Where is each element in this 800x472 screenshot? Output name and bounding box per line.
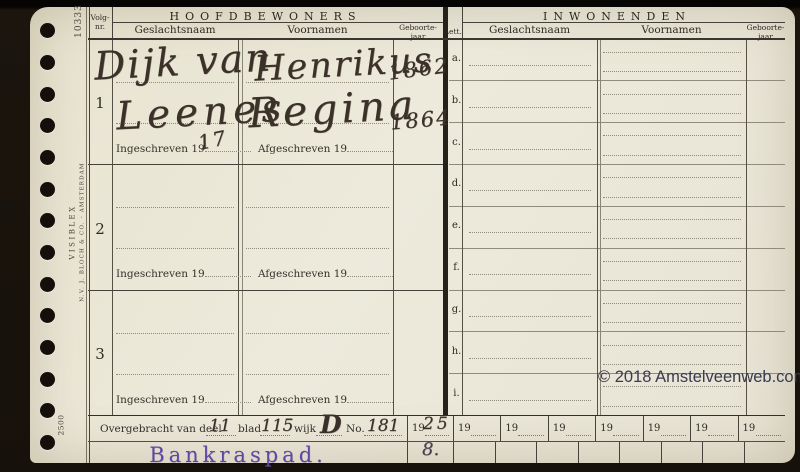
punch-hole — [40, 213, 55, 228]
ingeschreven-label: Ingeschreven 19 — [116, 267, 251, 280]
lodger-row-c: c. — [449, 123, 785, 165]
street-row-cell — [495, 442, 537, 463]
writing-line — [116, 374, 234, 375]
row-number: 2 — [88, 220, 112, 238]
dotted-blank — [708, 435, 733, 436]
dotted-blank — [347, 267, 393, 277]
year-prefix: 19 — [553, 423, 566, 434]
writing-line — [603, 261, 741, 262]
writing-line — [603, 219, 741, 220]
handwritten-year: 25 — [423, 414, 451, 434]
ingeschreven-text: Ingeschreven 19 — [116, 268, 205, 280]
punch-hole — [40, 277, 55, 292]
lodger-row-a: a. — [449, 40, 785, 82]
hoofdbewoners-table: 1 Dijk van Henrikus 1862 Leenes Regina 1… — [88, 40, 443, 415]
volgnr-line1: Volg- — [91, 13, 110, 22]
writing-line — [469, 316, 591, 317]
year-cell: 19 — [548, 416, 595, 441]
writing-line — [603, 238, 741, 239]
transfer-label-no: No. — [346, 423, 365, 435]
lodger-row-f: f. — [449, 249, 785, 291]
column-header-firstnames-left: Voornamen — [242, 24, 393, 36]
year-prefix: 19 — [648, 423, 661, 434]
dotted-blank — [518, 435, 543, 436]
writing-line — [246, 248, 389, 249]
surname-column-line — [597, 40, 598, 415]
writing-line — [469, 400, 591, 401]
year-cell: 19 — [643, 416, 690, 441]
writing-line — [603, 303, 741, 304]
afgeschreven-label: Afgeschreven 19 — [258, 267, 393, 280]
year-prefix: 19 — [743, 423, 756, 434]
year-prefix: 19 — [695, 423, 708, 434]
year-prefix: 19 — [458, 423, 471, 434]
afgeschreven-label: Afgeschreven 19 — [258, 393, 393, 406]
punch-hole — [40, 23, 55, 38]
writing-line — [116, 248, 234, 249]
writing-line — [603, 135, 741, 136]
year-cell: 19 25 — [407, 416, 453, 441]
lodger-row-d: d. — [449, 165, 785, 207]
year-column-line — [746, 40, 747, 415]
year-prefix: 19 — [505, 423, 518, 434]
transfer-label-deel: Overgebracht van deel — [100, 423, 222, 435]
handwritten-year-2: 1864 — [389, 105, 452, 134]
punch-hole — [40, 245, 55, 260]
dotted-blank — [205, 267, 251, 277]
print-run-number: 2500 — [57, 414, 66, 435]
transfer-label-wijk: wijk — [294, 423, 316, 435]
year-cell: 19 — [690, 416, 737, 441]
handwritten-no: 181 — [367, 416, 399, 436]
writing-line — [603, 52, 741, 53]
printer-brand: VISIBLEX — [68, 162, 79, 302]
copyright-watermark: © 2018 Amstelveenweb.com — [598, 368, 800, 387]
writing-line — [603, 113, 741, 114]
lodger-row-b: b. — [449, 81, 785, 123]
column-header-surname-right: Geslachtsnaam — [462, 24, 597, 36]
scanned-register-card-photo: 10333 VISIBLEX N.V. J. BLOCH & CO. - AMS… — [0, 0, 800, 472]
column-header-surname-left: Geslachtsnaam — [112, 24, 238, 36]
form-number: 10333 — [74, 4, 84, 38]
writing-line — [603, 345, 741, 346]
punch-hole — [40, 308, 55, 323]
writing-line — [116, 333, 234, 334]
writing-line — [469, 190, 591, 191]
punch-hole — [40, 118, 55, 133]
handwritten-surname-1: Dijk van — [93, 35, 273, 89]
writing-line — [469, 232, 591, 233]
writing-line — [603, 406, 741, 407]
dotted-blank — [425, 435, 449, 436]
writing-line — [469, 65, 591, 66]
writing-line — [469, 274, 591, 275]
volgnr-line2: nr. — [95, 22, 105, 31]
writing-line — [469, 149, 591, 150]
column-header-firstnames-right: Voornamen — [597, 24, 746, 36]
ingeschreven-text: Ingeschreven 19 — [116, 143, 205, 155]
handwritten-wijk: D — [320, 410, 342, 439]
writing-line — [603, 197, 741, 198]
writing-line — [246, 333, 389, 334]
row-number: 3 — [88, 345, 112, 363]
writing-line — [603, 155, 741, 156]
year-line1: Geboorte- — [747, 23, 785, 32]
punch-hole — [40, 435, 55, 450]
transfer-footer: Overgebracht van deel 11 blad 115 wijk D… — [88, 415, 785, 463]
year-cell: 19 — [500, 416, 547, 441]
dotted-blank — [205, 393, 251, 403]
street-row: Bankraspad. 8. — [88, 442, 785, 463]
year-line1: Geboorte- — [399, 23, 437, 32]
punch-hole — [40, 150, 55, 165]
lodger-row-e: e. — [449, 207, 785, 249]
afgeschreven-text: Afgeschreven 19 — [258, 394, 347, 406]
year-cell: 19 — [738, 416, 785, 441]
writing-line — [246, 374, 389, 375]
dotted-blank — [347, 142, 393, 152]
afgeschreven-text: Afgeschreven 19 — [258, 268, 347, 280]
dotted-blank — [756, 435, 781, 436]
street-row-cell — [702, 442, 744, 463]
street-row-cell — [619, 442, 661, 463]
street-name-stamp: Bankraspad. — [88, 443, 388, 467]
ingeschreven-label: Ingeschreven 19 — [116, 142, 251, 155]
resident-row-2: 2 Ingeschreven 19 Afgeschreven 19 — [88, 165, 443, 290]
writing-line — [603, 177, 741, 178]
ingeschreven-label: Ingeschreven 19 — [116, 393, 251, 406]
street-row-cell — [536, 442, 578, 463]
punch-hole — [40, 55, 55, 70]
row-number: 1 — [88, 94, 112, 112]
street-row-cell: 8. — [407, 442, 453, 463]
writing-line — [603, 364, 741, 365]
punch-hole — [40, 403, 55, 418]
register-card: 10333 VISIBLEX N.V. J. BLOCH & CO. - AMS… — [30, 7, 795, 463]
punch-hole — [40, 87, 55, 102]
dotted-blank — [613, 435, 638, 436]
column-header-year-right: Geboorte- jaar — [746, 23, 785, 41]
writing-line — [603, 322, 741, 323]
street-cell: Bankraspad. — [88, 442, 407, 463]
lodger-row-g: g. — [449, 291, 785, 333]
street-row-cell — [661, 442, 703, 463]
transfer-statement: Overgebracht van deel 11 blad 115 wijk D… — [88, 416, 407, 441]
dotted-blank — [347, 393, 393, 403]
handwritten-house-number: 8. — [422, 439, 439, 460]
year-prefix: 19 — [600, 423, 613, 434]
writing-line — [603, 71, 741, 72]
column-header-volgnr: Volg- nr. — [88, 13, 112, 31]
street-row-cell — [453, 442, 495, 463]
writing-line — [469, 358, 591, 359]
street-row-cell — [578, 442, 620, 463]
resident-row-1: 1 Dijk van Henrikus 1862 Leenes Regina 1… — [88, 40, 443, 165]
year-cell: 19 — [595, 416, 642, 441]
handwritten-deel: 11 — [209, 416, 231, 436]
ingeschreven-text: Ingeschreven 19 — [116, 394, 205, 406]
transfer-label-blad: blad — [238, 423, 261, 435]
writing-line — [603, 280, 741, 281]
street-row-cell — [744, 442, 786, 463]
afgeschreven-text: Afgeschreven 19 — [258, 143, 347, 155]
writing-line — [246, 207, 389, 208]
resident-row-3: 3 Ingeschreven 19 Afgeschreven 19 — [88, 291, 443, 415]
title-rule-right — [462, 22, 785, 23]
punch-hole — [40, 182, 55, 197]
dotted-blank — [471, 435, 496, 436]
punch-hole — [40, 372, 55, 387]
writing-line — [603, 94, 741, 95]
afgeschreven-label: Afgeschreven 19 — [258, 142, 393, 155]
printer-imprint: VISIBLEX N.V. J. BLOCH & CO. - AMSTERDAM — [68, 162, 87, 302]
punch-hole — [40, 340, 55, 355]
column-header-year-left: Geboorte- jaar — [393, 23, 443, 41]
dotted-blank — [661, 435, 686, 436]
inwonenden-table: a. b. c. d. — [449, 40, 785, 415]
lett-column-line — [462, 40, 463, 415]
surname-column-line-2 — [600, 40, 601, 415]
year-cell: 19 — [453, 416, 500, 441]
writing-line — [116, 207, 234, 208]
dotted-blank — [566, 435, 591, 436]
handwritten-blad: 115 — [261, 416, 293, 436]
writing-line — [469, 107, 591, 108]
table-left-border-outer — [86, 7, 87, 463]
